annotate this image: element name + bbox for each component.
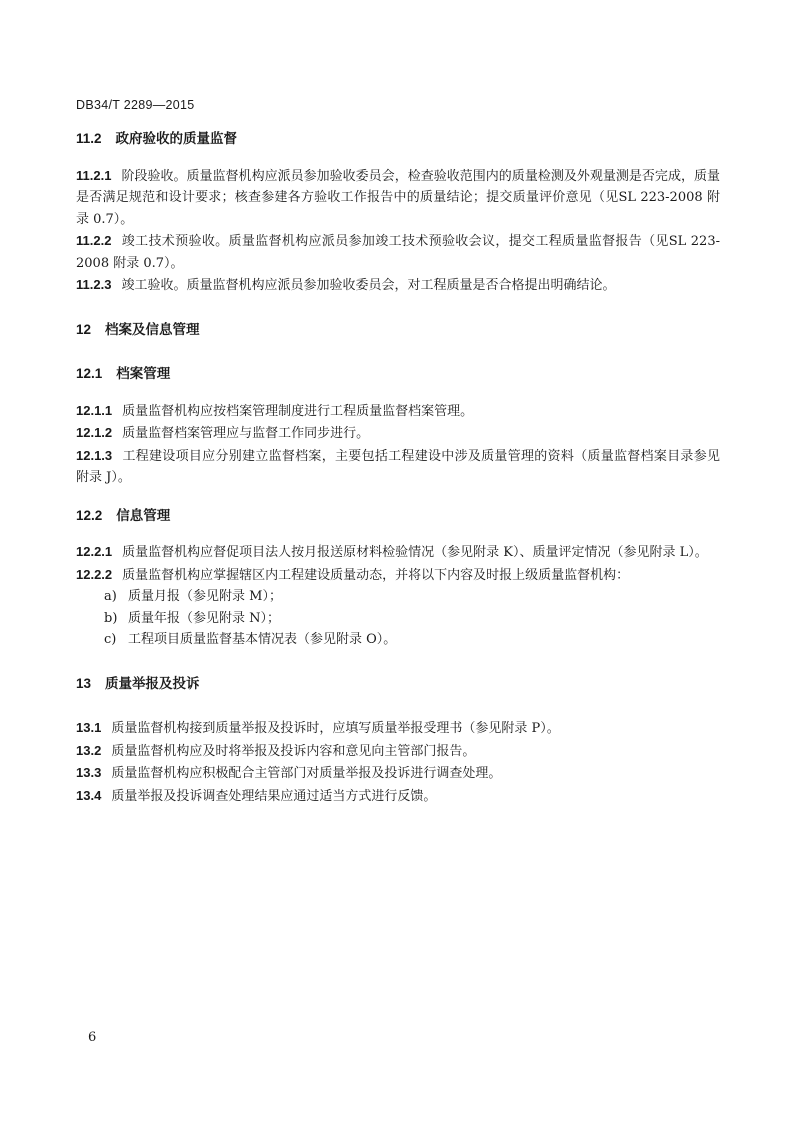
page-number: 6 xyxy=(88,1030,96,1045)
clause-11-2-3: 11.2.3竣工验收。质量监督机构应派员参加验收委员会，对工程质量是否合格提出明… xyxy=(76,274,720,297)
clause-12-2-1: 12.2.1质量监督机构应督促项目法人按月报送原材料检验情况（参见附录 K）、质… xyxy=(76,541,720,564)
clause-12-1-2: 12.1.2质量监督档案管理应与监督工作同步进行。 xyxy=(76,422,720,445)
clause-number: 13.1 xyxy=(76,720,101,735)
clause-number: 12.2.1 xyxy=(76,544,112,559)
clause-number: 12.1.3 xyxy=(76,448,112,463)
section-number: 12.1 xyxy=(76,366,102,381)
clause-number: 12.1.1 xyxy=(76,403,112,418)
clause-13-3: 13.3质量监督机构应积极配合主管部门对质量举报及投诉进行调查处理。 xyxy=(76,762,720,785)
list-marker: b) xyxy=(104,608,128,630)
clause-12-1-1: 12.1.1质量监督机构应按档案管理制度进行工程质量监督档案管理。 xyxy=(76,400,720,423)
chapter-heading-12: 12档案及信息管理 xyxy=(76,319,720,342)
clause-11-2-2: 11.2.2竣工技术预验收。质量监督机构应派员参加竣工技术预验收会议，提交工程质… xyxy=(76,230,720,274)
section-title: 信息管理 xyxy=(116,508,170,524)
clause-number: 12.1.2 xyxy=(76,425,112,440)
clause-text: 质量监督机构应督促项目法人按月报送原材料检验情况（参见附录 K）、质量评定情况（… xyxy=(122,545,708,560)
document-body: 11.2政府验收的质量监督 11.2.1阶段验收。质量监督机构应派员参加验收委员… xyxy=(76,128,720,807)
section-title: 档案管理 xyxy=(116,366,170,382)
chapter-number: 12 xyxy=(76,322,91,337)
chapter-title: 质量举报及投诉 xyxy=(105,676,200,692)
clause-number: 11.2.2 xyxy=(76,233,111,248)
clause-12-1-3: 12.1.3工程建设项目应分别建立监督档案，主要包括工程建设中涉及质量管理的资料… xyxy=(76,445,720,489)
list-item-b: b)质量年报（参见附录 N）； xyxy=(76,608,720,630)
clause-number: 13.3 xyxy=(76,765,101,780)
clause-13-4: 13.4质量举报及投诉调查处理结果应通过适当方式进行反馈。 xyxy=(76,785,720,808)
list-text: 工程项目质量监督基本情况表（参见附录 O）。 xyxy=(128,632,396,647)
clause-text: 质量监督机构应及时将举报及投诉内容和意见向主管部门报告。 xyxy=(111,744,475,759)
list-text: 质量月报（参见附录 M）； xyxy=(128,589,282,604)
section-heading-11-2: 11.2政府验收的质量监督 xyxy=(76,128,720,151)
clause-text: 竣工技术预验收。质量监督机构应派员参加竣工技术预验收会议，提交工程质量监督报告（… xyxy=(76,234,720,271)
chapter-heading-13: 13质量举报及投诉 xyxy=(76,673,720,696)
clause-text: 质量监督档案管理应与监督工作同步进行。 xyxy=(122,426,369,441)
clause-text: 质量监督机构应积极配合主管部门对质量举报及投诉进行调查处理。 xyxy=(111,766,501,781)
clause-12-2-2: 12.2.2质量监督机构应掌握辖区内工程建设质量动态，并将以下内容及时报上级质量… xyxy=(76,564,720,587)
clause-number: 13.4 xyxy=(76,788,101,803)
clause-13-2: 13.2质量监督机构应及时将举报及投诉内容和意见向主管部门报告。 xyxy=(76,740,720,763)
section-heading-12-2: 12.2信息管理 xyxy=(76,505,720,528)
clause-13-1: 13.1质量监督机构接到质量举报及投诉时，应填写质量举报受理书（参见附录 P）。 xyxy=(76,717,720,740)
list-item-c: c)工程项目质量监督基本情况表（参见附录 O）。 xyxy=(76,629,720,651)
chapter-number: 13 xyxy=(76,676,91,691)
clause-number: 12.2.2 xyxy=(76,567,112,582)
clause-text: 质量举报及投诉调查处理结果应通过适当方式进行反馈。 xyxy=(111,789,436,804)
clause-text: 质量监督机构应按档案管理制度进行工程质量监督档案管理。 xyxy=(122,404,473,419)
clause-number: 11.2.3 xyxy=(76,277,111,292)
section-number: 12.2 xyxy=(76,508,102,523)
list-marker: c) xyxy=(104,629,128,651)
clause-text: 质量监督机构接到质量举报及投诉时，应填写质量举报受理书（参见附录 P）。 xyxy=(111,721,559,736)
section-heading-12-1: 12.1档案管理 xyxy=(76,363,720,386)
document-code: DB34/T 2289—2015 xyxy=(76,98,195,112)
section-title: 政府验收的质量监督 xyxy=(116,131,238,147)
list-text: 质量年报（参见附录 N）； xyxy=(128,611,280,626)
list-item-a: a)质量月报（参见附录 M）； xyxy=(76,586,720,608)
clause-text: 质量监督机构应掌握辖区内工程建设质量动态，并将以下内容及时报上级质量监督机构： xyxy=(122,568,629,583)
clause-number: 11.2.1 xyxy=(76,168,111,183)
section-number: 11.2 xyxy=(76,131,102,146)
chapter-title: 档案及信息管理 xyxy=(105,322,200,338)
clause-number: 13.2 xyxy=(76,743,101,758)
list-marker: a) xyxy=(104,586,128,608)
document-page: DB34/T 2289—2015 11.2政府验收的质量监督 11.2.1阶段验… xyxy=(0,0,793,1122)
clause-text: 工程建设项目应分别建立监督档案，主要包括工程建设中涉及质量管理的资料（质量监督档… xyxy=(76,449,720,486)
clause-11-2-1: 11.2.1阶段验收。质量监督机构应派员参加验收委员会，检查验收范围内的质量检测… xyxy=(76,165,720,231)
clause-text: 竣工验收。质量监督机构应派员参加验收委员会，对工程质量是否合格提出明确结论。 xyxy=(121,278,615,293)
clause-text: 阶段验收。质量监督机构应派员参加验收委员会，检查验收范围内的质量检测及外观量测是… xyxy=(76,169,720,227)
